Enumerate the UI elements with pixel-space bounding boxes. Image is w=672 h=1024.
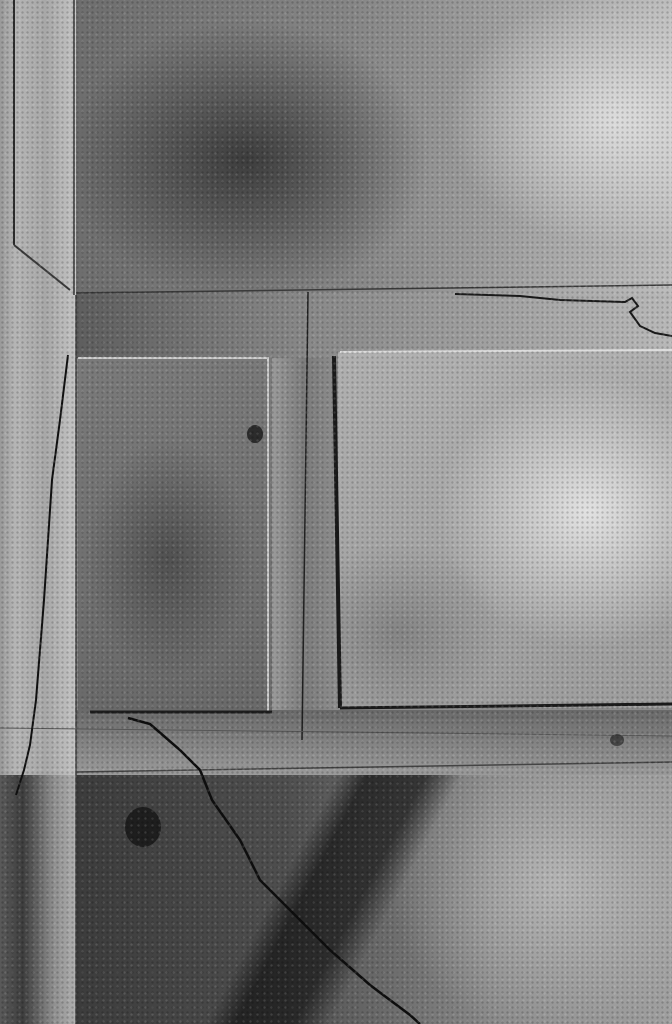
wall-photograph: Black-and-white photograph of a plastere… <box>0 0 672 1024</box>
panel-edges-and-cracks <box>0 0 672 1024</box>
